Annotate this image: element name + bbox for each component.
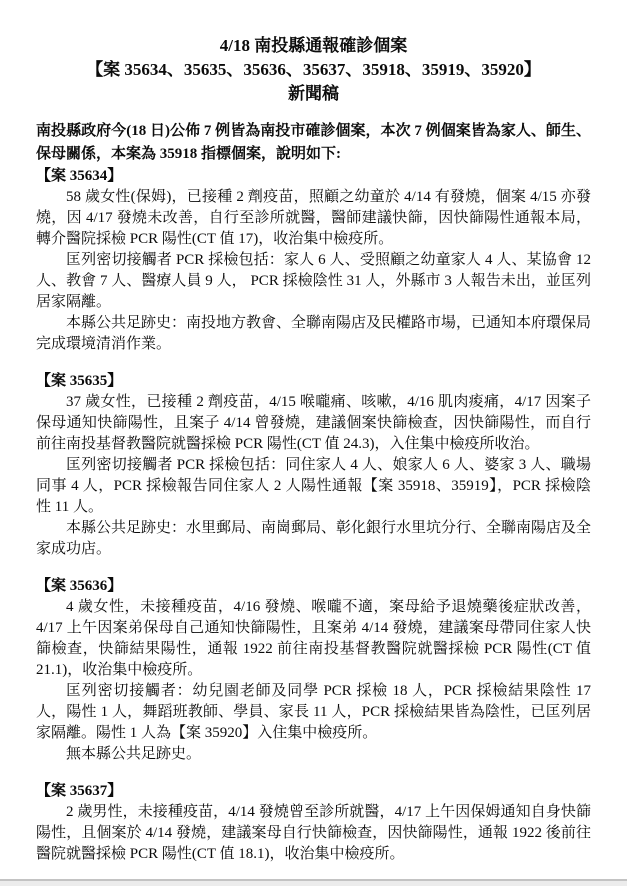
- case-description: 2 歲男性，未接種疫苗，4/14 發燒曾至診所就醫，4/17 上午因保姆通知自身…: [36, 802, 591, 865]
- case-footprints: 本縣公共足跡史：南投地方教會、全聯南陽店及民權路市場，已通知本府環保局完成環境清…: [36, 313, 591, 355]
- case-section-35635: 【案 35635】 37 歲女性，已接種 2 劑疫苗，4/15 喉嚨痛、咳嗽，4…: [36, 371, 591, 560]
- case-section-35636: 【案 35636】 4 歲女性，未接種疫苗，4/16 發燒、喉嚨不適，案母給予退…: [36, 576, 591, 765]
- case-contacts: 匡列密切接觸者 PCR 採檢包括：家人 6 人、受照顧之幼童家人 4 人、某協會…: [36, 250, 591, 313]
- case-header: 【案 35636】: [36, 576, 591, 597]
- case-footprints: 本縣公共足跡史：水里郵局、南崗郵局、彰化銀行水里坑分行、全聯南陽店及全家成功店。: [36, 518, 591, 560]
- title-case-numbers: 【案 35634、35635、35636、35637、35918、35919、3…: [36, 58, 591, 82]
- case-description: 4 歲女性，未接種疫苗，4/16 發燒、喉嚨不適，案母給予退燒藥後症狀改善，4/…: [36, 597, 591, 681]
- case-section-35634: 【案 35634】 58 歲女性(保姆)，已接種 2 劑疫苗，照顧之幼童於 4/…: [36, 166, 591, 355]
- title-doc-type: 新聞稿: [36, 82, 591, 106]
- case-section-35637: 【案 35637】 2 歲男性，未接種疫苗，4/14 發燒曾至診所就醫，4/17…: [36, 781, 591, 865]
- case-header: 【案 35637】: [36, 781, 591, 802]
- intro-paragraph: 南投縣政府今(18 日)公佈 7 例皆為南投市確診個案，本次 7 例個案皆為家人…: [36, 120, 591, 166]
- case-contacts: 匡列密切接觸者 PCR 採檢包括：同住家人 4 人、娘家人 6 人、婆家 3 人…: [36, 455, 591, 518]
- case-footprints: 無本縣公共足跡史。: [36, 744, 591, 765]
- page-bottom-edge: [0, 879, 627, 886]
- title-date-line: 4/18 南投縣通報確診個案: [36, 34, 591, 58]
- case-description: 37 歲女性，已接種 2 劑疫苗，4/15 喉嚨痛、咳嗽，4/16 肌肉痠痛，4…: [36, 392, 591, 455]
- case-description: 58 歲女性(保姆)，已接種 2 劑疫苗，照顧之幼童於 4/14 有發燒，個案 …: [36, 187, 591, 250]
- case-header: 【案 35634】: [36, 166, 591, 187]
- case-contacts: 匡列密切接觸者：幼兒園老師及同學 PCR 採檢 18 人，PCR 採檢結果陰性 …: [36, 681, 591, 744]
- press-release-page: 4/18 南投縣通報確診個案 【案 35634、35635、35636、3563…: [0, 0, 627, 865]
- document-title-block: 4/18 南投縣通報確診個案 【案 35634、35635、35636、3563…: [36, 34, 591, 106]
- case-header: 【案 35635】: [36, 371, 591, 392]
